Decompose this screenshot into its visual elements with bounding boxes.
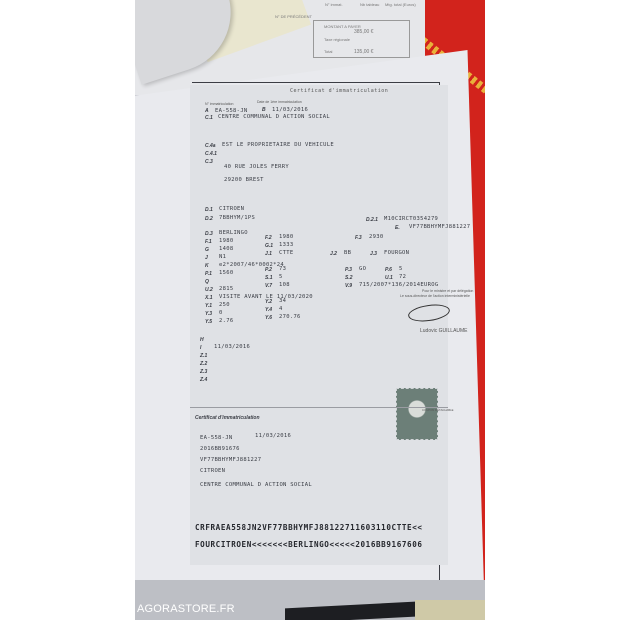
signature-line-1: Pour le ministre et par délégation [422, 289, 473, 293]
field-code: S.2 [345, 275, 353, 281]
field-code: Z.4 [200, 377, 207, 383]
field-code: U.2 [205, 287, 213, 293]
field-value: 1333 [279, 242, 293, 248]
mrz-line-1: CRFRAEA558JN2VF77BBHYMFJ88122711603110CT… [195, 523, 423, 532]
field-code: P.2 [265, 267, 272, 273]
signature-mark [407, 302, 451, 324]
coupon-caption: COUPON DÉTACHABLE [422, 408, 454, 412]
coupon-holder: CENTRE COMMUNAL D ACTION SOCIAL [200, 482, 312, 488]
field-code: Y.2 [265, 299, 272, 305]
holder-name: CENTRE COMMUNAL D ACTION SOCIAL [218, 114, 330, 120]
receipt-label: Mtg. total (Euros) [385, 2, 416, 7]
label-registration-number: N° immatriculation [205, 102, 233, 106]
coupon-formula-number: 2016BB91676 [200, 446, 240, 452]
receipt-header: N° DE PRÉCÉDENT [275, 14, 312, 19]
field-code: J [205, 255, 208, 261]
coupon-vin: VF77BBHYMFJ881227 [200, 457, 261, 463]
field-code: Y.5 [205, 319, 212, 325]
field-code: C.4.1 [205, 151, 217, 157]
signatory-name: Ludovic GUILLAUME [420, 328, 468, 334]
field-code: J.3 [370, 251, 377, 257]
field-code: Q [205, 279, 209, 285]
field-value: 1980 [279, 234, 293, 240]
floor-texture [415, 600, 485, 620]
field-value: 5 [279, 274, 283, 280]
receipt-value: 385,00 € [354, 29, 373, 35]
field-value: 1980 [219, 238, 233, 244]
field-value: 73 [279, 266, 286, 272]
field-value: 270.76 [279, 314, 301, 320]
field-code: P.6 [385, 267, 392, 273]
field-code: U.1 [385, 275, 393, 281]
coupon-title: Certificat d'immatriculation [195, 415, 260, 421]
field-code: Y.6 [265, 315, 272, 321]
watermark: AGORASTORE.FR [137, 603, 235, 615]
coupon-date: 11/03/2016 [255, 433, 291, 439]
field-value: FOURGON [384, 250, 409, 256]
field-code: I [200, 345, 201, 351]
field-value: 250 [219, 302, 230, 308]
field-value: 2930 [369, 234, 383, 240]
field-code: B [262, 107, 266, 113]
field-code: J.2 [330, 251, 337, 257]
mrz-line-2: FOURCITROEN<<<<<<<BERLINGO<<<<<2016BB916… [195, 540, 423, 549]
field-value: CITROEN [219, 206, 244, 212]
field-code: A [205, 108, 209, 114]
coupon-divider [190, 407, 448, 408]
field-code: V.9 [345, 283, 352, 289]
field-value: 4 [279, 306, 283, 312]
coupon-registration: EA-558-JN [200, 435, 233, 441]
field-code: F.1 [205, 239, 212, 245]
receipt-label: Total [324, 49, 332, 54]
receipt-label: Taxe régionale [324, 37, 350, 42]
field-value: BERLINGO [219, 230, 248, 236]
field-value: 0 [219, 310, 223, 316]
field-code: D.2 [205, 216, 213, 222]
field-value: N1 [219, 254, 226, 260]
field-code: X.1 [205, 295, 213, 301]
field-code: S.1 [265, 275, 273, 281]
field-code: G [205, 247, 209, 253]
receipt-label: Nb tableau [360, 2, 379, 7]
first-registration-date: 11/03/2016 [272, 107, 308, 113]
label-first-registration-date: Date de 1ère immatriculation [257, 100, 302, 104]
field-code: Y.3 [205, 311, 212, 317]
field-value: 5 [399, 266, 403, 272]
field-code: C.3 [205, 159, 213, 165]
field-value: 34 [279, 298, 286, 304]
address-line-1: 40 RUE JOLES FERRY [224, 164, 289, 170]
field-code: C.1 [205, 115, 213, 121]
field-value: 1408 [219, 246, 233, 252]
field-code: K [205, 263, 209, 269]
field-value: e2*2007/46*0002*24 [219, 262, 284, 268]
field-code: F.3 [355, 235, 362, 241]
field-code: Y.4 [265, 307, 272, 313]
field-code: P.3 [345, 267, 352, 273]
field-value: CTTE [279, 250, 293, 256]
field-value: 72 [399, 274, 406, 280]
signature-line-2: Le sous-directeur de l'action interminis… [400, 294, 470, 298]
registration-certificate: Certificat d'immatriculation N° immatric… [190, 85, 448, 565]
field-code: P.1 [205, 271, 212, 277]
field-value: BB [344, 250, 351, 256]
field-value: 715/2007*136/2014EUROG [359, 282, 438, 288]
field-code: V.7 [265, 283, 272, 289]
field-code: D.2.1 [366, 217, 378, 223]
field-code: Z.3 [200, 369, 207, 375]
background-receipt: N° immat. Nb tableau Mtg. total (Euros) … [275, 0, 420, 60]
field-code: E. [395, 225, 400, 231]
address-line-2: 29200 BREST [224, 177, 264, 183]
official-stamp [396, 388, 438, 440]
photo-scene: N° immat. Nb tableau Mtg. total (Euros) … [135, 0, 485, 620]
field-value: M10CIRCT0354279 [384, 216, 438, 222]
field-code: Y.1 [205, 303, 212, 309]
field-value: GO [359, 266, 366, 272]
receipt-label: N° immat. [325, 2, 343, 7]
field-value: VF77BBHYMFJ881227 [409, 224, 470, 230]
field-value: 108 [279, 282, 290, 288]
field-code: F.2 [265, 235, 272, 241]
field-code: Z.1 [200, 353, 207, 359]
field-code: C.4a [205, 143, 216, 149]
field-code: J.1 [265, 251, 272, 257]
coupon-make: CITROEN [200, 468, 225, 474]
field-code: D.1 [205, 207, 213, 213]
field-code: Z.2 [200, 361, 207, 367]
field-code: H [200, 337, 204, 343]
field-value: 1560 [219, 270, 233, 276]
document-title: Certificat d'immatriculation [290, 88, 388, 94]
field-value: 2.76 [219, 318, 233, 324]
owner-statement: EST LE PROPRIETAIRE DU VEHICULE [222, 142, 334, 148]
field-code: D.3 [205, 231, 213, 237]
receipt-value: 135,00 € [354, 49, 373, 55]
field-value: 2815 [219, 286, 233, 292]
field-value: 11/03/2016 [214, 344, 250, 350]
field-value: 7BBHYM/1PS [219, 215, 255, 221]
field-code: G.1 [265, 243, 273, 249]
